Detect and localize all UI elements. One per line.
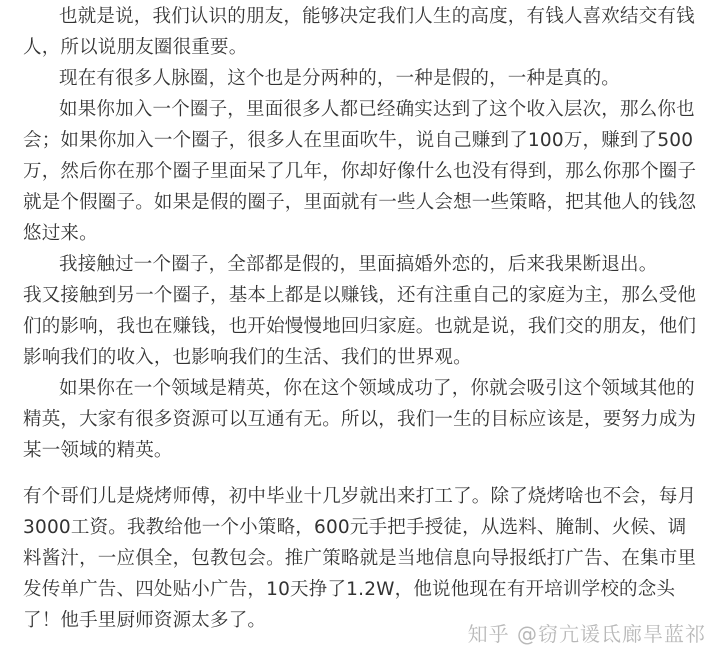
article-section-circles: 也就是说，我们认识的朋友，能够决定我们人生的高度，有钱人喜欢结交有钱人，所以说朋… — [23, 0, 703, 466]
paragraph: 如果你在一个领域是精英，你在这个领域成功了，你就会吸引这个领域其他的精英，大家有… — [23, 373, 703, 466]
article-section-bbq-story: 有个哥们儿是烧烤师傅，初中毕业十几岁就出来打工了。除了烧烤啥也不会，每月3000… — [23, 481, 703, 636]
paragraph: 如果你加入一个圈子，里面很多人都已经确实达到了这个收入层次，那么你也会；如果你加… — [23, 94, 703, 249]
article-body: 也就是说，我们认识的朋友，能够决定我们人生的高度，有钱人喜欢结交有钱人，所以说朋… — [23, 0, 703, 466]
paragraph: 有个哥们儿是烧烤师傅，初中毕业十几岁就出来打工了。除了烧烤啥也不会，每月3000… — [23, 481, 703, 636]
paragraph: 也就是说，我们认识的朋友，能够决定我们人生的高度，有钱人喜欢结交有钱人，所以说朋… — [23, 1, 703, 63]
paragraph: 我又接触到另一个圈子，基本上都是以赚钱，还有注重自己的家庭为主，那么受他们的影响… — [23, 280, 703, 373]
paragraph: 现在有很多人脉圈，这个也是分两种的，一种是假的，一种是真的。 — [23, 63, 703, 94]
zhihu-watermark: 知乎 @窃亢谖氐廊旱蓝祁 — [468, 618, 706, 647]
paragraph: 我接触过一个圈子，全部都是假的，里面搞婚外恋的，后来我果断退出。 — [23, 249, 703, 280]
